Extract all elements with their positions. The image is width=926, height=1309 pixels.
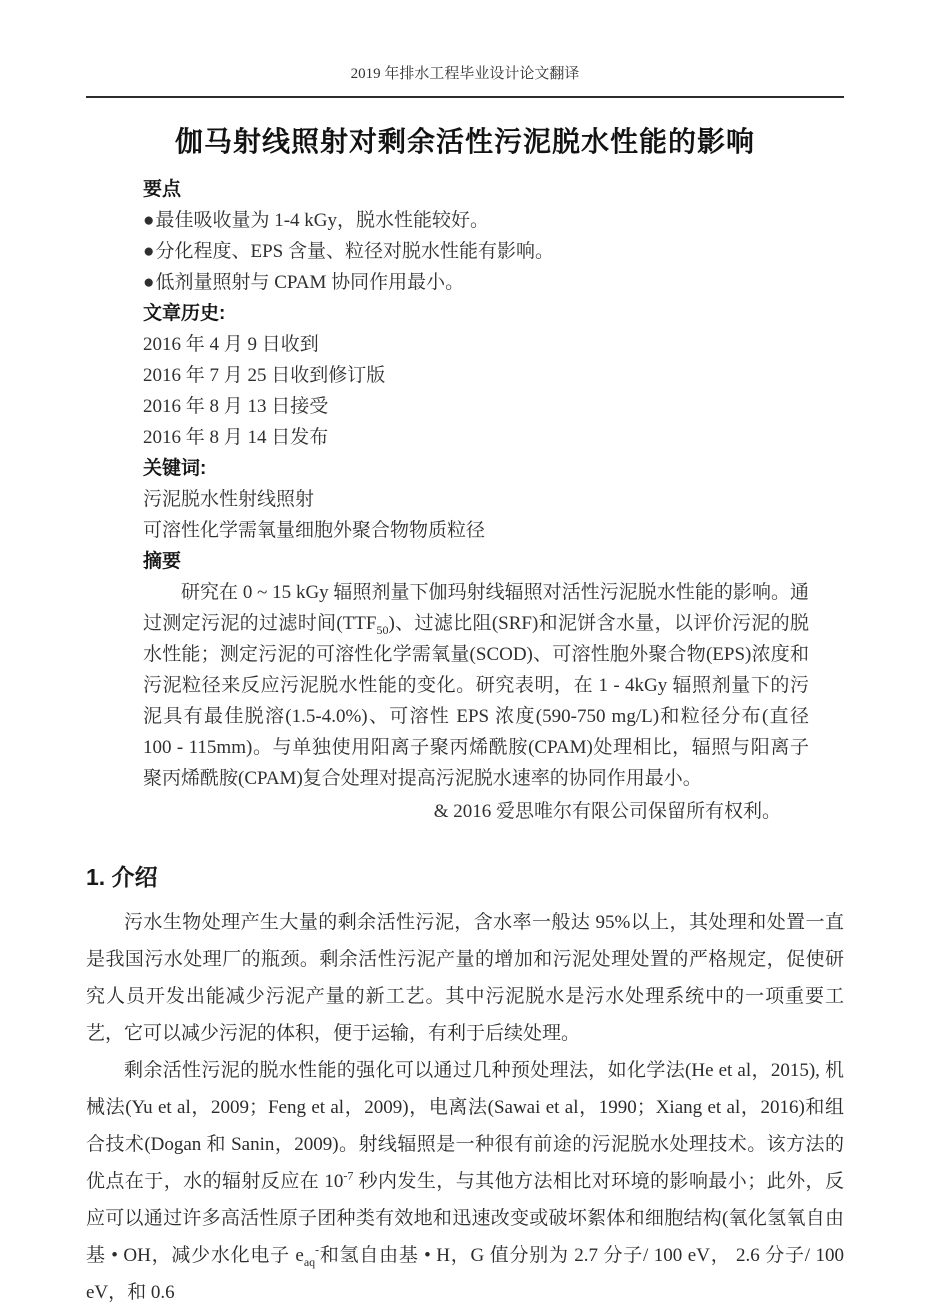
intro-paragraph-1: 污水生物处理产生大量的剩余活性污泥，含水率一般达 95%以上，其处理和处置一直是… bbox=[86, 904, 844, 1052]
highlight-item: ●分化程度、EPS 含量、粒径对脱水性能有影响。 bbox=[143, 236, 809, 267]
page-header: 2019 年排水工程毕业设计论文翻译 bbox=[86, 62, 844, 96]
introduction-heading: 1. 介绍 bbox=[86, 859, 844, 892]
abstract-ttf-subscript: 50 bbox=[376, 623, 388, 637]
abstract-heading: 摘要 bbox=[143, 546, 809, 577]
history-item-revised: 2016 年 7 月 25 日收到修订版 bbox=[143, 360, 809, 391]
highlight-text: 最佳吸收量为 1-4 kGy，脱水性能较好。 bbox=[155, 210, 489, 231]
document-page: 2019 年排水工程毕业设计论文翻译 伽马射线照射对剩余活性污泥脱水性能的影响 … bbox=[0, 0, 926, 1309]
keywords-heading: 关键词: bbox=[143, 453, 809, 484]
highlight-item: ●最佳吸收量为 1-4 kGy，脱水性能较好。 bbox=[143, 205, 809, 236]
abstract-text-part2: )、过滤比阻(SRF)和泥饼含水量，以评价污泥的脱水性能；测定污泥的可溶性化学需… bbox=[143, 613, 809, 789]
bullet-icon: ● bbox=[143, 241, 154, 262]
document-title: 伽马射线照射对剩余活性污泥脱水性能的影响 bbox=[86, 120, 844, 160]
paper-meta-block: 要点 ●最佳吸收量为 1-4 kGy，脱水性能较好。 ●分化程度、EPS 含量、… bbox=[143, 174, 809, 827]
highlight-item: ●低剂量照射与 CPAM 协同作用最小。 bbox=[143, 267, 809, 298]
running-head: 2019 年排水工程毕业设计论文翻译 bbox=[86, 62, 844, 83]
article-history-heading: 文章历史: bbox=[143, 298, 809, 329]
intro-paragraph-2: 剩余活性污泥的脱水性能的强化可以通过几种预处理法，如化学法(He et al，2… bbox=[86, 1052, 844, 1309]
eaq-subscript: aq bbox=[304, 1255, 315, 1269]
highlight-text: 低剂量照射与 CPAM 协同作用最小。 bbox=[155, 272, 464, 293]
history-item-published: 2016 年 8 月 14 日发布 bbox=[143, 422, 809, 453]
history-item-accepted: 2016 年 8 月 13 日接受 bbox=[143, 391, 809, 422]
header-rule bbox=[86, 96, 844, 98]
keyword-line: 可溶性化学需氧量细胞外聚合物物质粒径 bbox=[143, 515, 809, 546]
bullet-icon: ● bbox=[143, 210, 154, 231]
exponent-superscript: -7 bbox=[343, 1169, 353, 1183]
highlight-text: 分化程度、EPS 含量、粒径对脱水性能有影响。 bbox=[155, 241, 554, 262]
highlights-heading: 要点 bbox=[143, 174, 809, 205]
history-item-received: 2016 年 4 月 9 日收到 bbox=[143, 329, 809, 360]
keyword-line: 污泥脱水性射线照射 bbox=[143, 484, 809, 515]
bullet-icon: ● bbox=[143, 272, 154, 293]
copyright-line: & 2016 爱思唯尔有限公司保留所有权利。 bbox=[143, 796, 809, 827]
abstract-text: 研究在 0 ~ 15 kGy 辐照剂量下伽玛射线辐照对活性污泥脱水性能的影响。通… bbox=[143, 577, 809, 794]
